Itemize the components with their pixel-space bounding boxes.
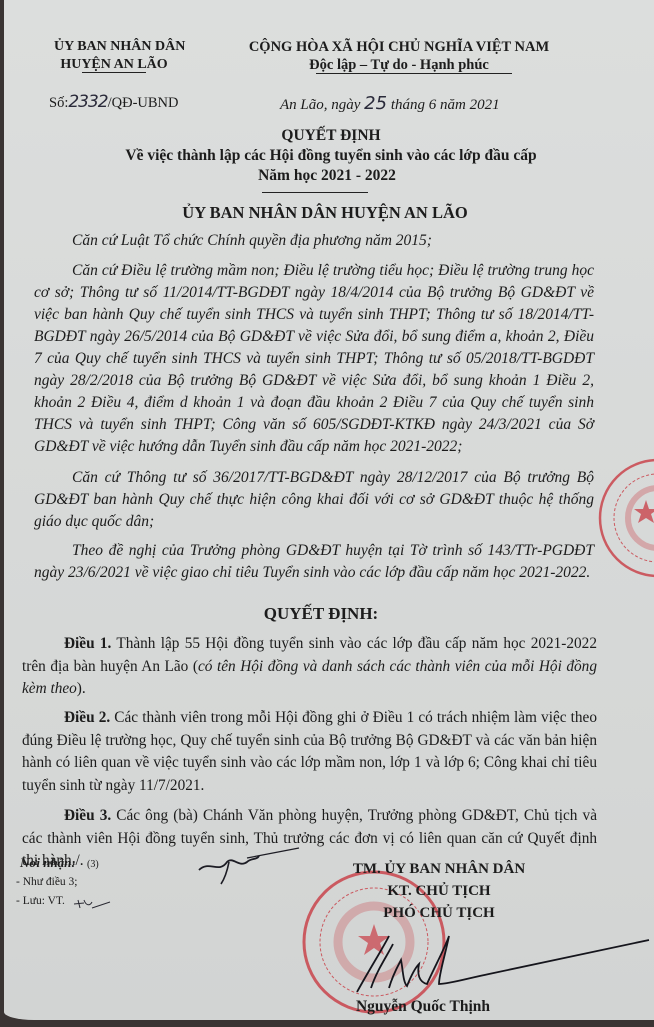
doc-number-handwritten: 2332 xyxy=(68,92,107,112)
article-2: Điều 2. Các thành viên trong mỗi Hội đồn… xyxy=(22,707,597,797)
document-type: QUYẾT ĐỊNH xyxy=(4,127,654,145)
doc-number-suffix: /QĐ-UBND xyxy=(108,95,179,111)
document-number: Số:2332/QĐ-UBND xyxy=(49,92,179,112)
document-subject: Về việc thành lập các Hội đồng tuyển sin… xyxy=(4,147,654,165)
document-page: ỦY BAN NHÂN DÂN HUYỆN AN LÃO CỘNG HÒA XÃ… xyxy=(4,0,654,1020)
recipient-item: - Lưu: VT. xyxy=(16,895,65,907)
recipient-item: - Như điều 3; xyxy=(16,876,78,888)
article-2-label: Điều 2. xyxy=(64,709,110,726)
article-1-label: Điều 1. xyxy=(64,635,111,652)
org-underline xyxy=(82,72,146,73)
article-1-tail: ). xyxy=(77,680,86,697)
motto-underline xyxy=(316,73,512,74)
signature-title-2: KT. CHỦ TỊCH xyxy=(304,880,574,902)
decision-heading: QUYẾT ĐỊNH: xyxy=(4,604,648,624)
nation-name: CỘNG HÒA XÃ HỘI CHỦ NGHĨA VIỆT NAM xyxy=(226,38,572,56)
title-underline xyxy=(262,192,368,193)
signer-name: Nguyễn Quốc Thịnh xyxy=(288,996,558,1018)
article-1: Điều 1. Thành lập 55 Hội đồng tuyển sinh… xyxy=(22,633,597,701)
school-year: Năm học 2021 - 2022 xyxy=(4,167,654,185)
national-heading: CỘNG HÒA XÃ HỘI CHỦ NGHĨA VIỆT NAM Độc l… xyxy=(226,38,572,74)
official-stamp-partial xyxy=(602,452,654,592)
archive-initials xyxy=(72,898,112,912)
signature-title-1: TM. ỦY BAN NHÂN DÂN xyxy=(304,858,574,880)
preamble-2-text: Căn cứ Điều lệ trường mầm non; Điều lệ t… xyxy=(34,262,594,455)
doc-number-label: Số: xyxy=(49,95,68,111)
place-prefix: An Lão, ngày xyxy=(280,97,364,113)
preamble-3-text: Căn cứ Thông tư số 36/2017/TT-BGD&ĐT ngà… xyxy=(34,469,594,530)
preamble-4: Theo đề nghị của Trưởng phòng GD&ĐT huyệ… xyxy=(34,540,594,584)
recipients-label: Nơi nhận: xyxy=(20,855,76,870)
handwritten-signature xyxy=(349,930,649,1000)
issuing-organization: ỦY BAN NHÂN DÂN HUYỆN AN LÃO xyxy=(54,38,174,74)
place-suffix: tháng 6 năm 2021 xyxy=(387,97,500,113)
preamble-1: Căn cứ Luật Tổ chức Chính quyền địa phươ… xyxy=(34,230,594,252)
initials-scribble xyxy=(199,848,259,888)
national-motto: Độc lập – Tự do - Hạnh phúc xyxy=(226,56,572,74)
preamble-3: Căn cứ Thông tư số 36/2017/TT-BGD&ĐT ngà… xyxy=(34,467,594,533)
org-line-1: ỦY BAN NHÂN DÂN xyxy=(54,38,174,56)
signature-block: TM. ỦY BAN NHÂN DÂN KT. CHỦ TỊCH PHÓ CHỦ… xyxy=(304,858,574,924)
signature-title-3: PHÓ CHỦ TỊCH xyxy=(304,902,574,924)
recipients-title: Nơi nhận: (3) xyxy=(20,855,99,871)
recipients-count: (3) xyxy=(87,859,99,870)
issuer-heading: ỦY BAN NHÂN DÂN HUYỆN AN LÃO xyxy=(4,203,652,223)
place-and-date: An Lão, ngày 25 tháng 6 năm 2021 xyxy=(280,93,500,114)
preamble-4-text: Theo đề nghị của Trưởng phòng GD&ĐT huyệ… xyxy=(34,542,594,581)
day-handwritten: 25 xyxy=(364,93,387,114)
article-3-label: Điều 3. xyxy=(64,807,111,824)
preamble-1-text: Căn cứ Luật Tổ chức Chính quyền địa phươ… xyxy=(72,232,432,249)
preamble-2: Căn cứ Điều lệ trường mầm non; Điều lệ t… xyxy=(34,260,594,458)
